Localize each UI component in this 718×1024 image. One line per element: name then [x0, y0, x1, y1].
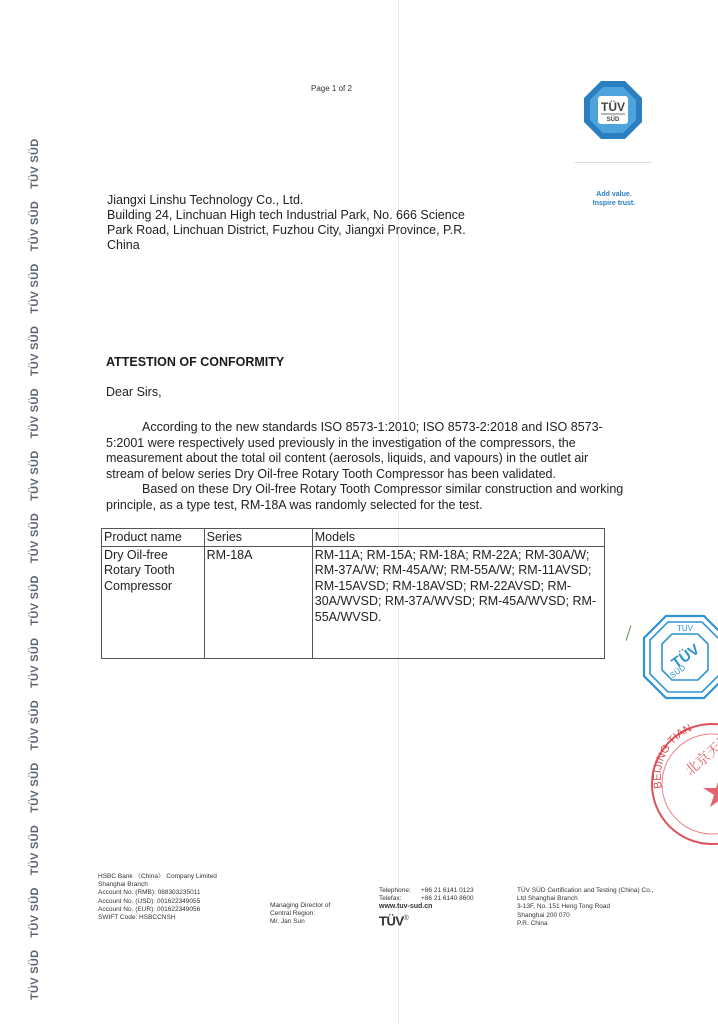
- telephone-label: Telephone:: [379, 887, 421, 895]
- office-line2: Ltd Shanghai Branch: [517, 895, 653, 903]
- strip-label: TÜV SÜD: [29, 450, 41, 500]
- md-region: Central Region:: [270, 910, 330, 918]
- bank-branch: Shanghai Branch: [98, 881, 217, 889]
- strip-label: TÜV SÜD: [29, 326, 41, 376]
- account-usd: Account No. (USD): 001622349055: [98, 898, 217, 906]
- header-product-name: Product name: [102, 529, 205, 547]
- svg-text:SÜD: SÜD: [607, 116, 620, 123]
- pen-mark: [626, 625, 632, 641]
- security-strip-text: TÜV SÜDTÜV SÜDTÜV SÜDTÜV SÜDTÜV SÜDTÜV S…: [28, 0, 42, 1000]
- cell-series: RM-18A: [204, 546, 312, 658]
- tuv-sud-logo-icon: TÜV SÜD: [583, 80, 643, 140]
- footer-managing-director: Managing Director of Central Region: Mr.…: [270, 902, 330, 927]
- strip-label: TÜV SÜD: [29, 825, 41, 875]
- tuv-mark: TÜV: [379, 913, 404, 928]
- logo-divider: [575, 162, 651, 163]
- cell-product-name: Dry Oil-free Rotary Tooth Compressor: [102, 546, 205, 658]
- strip-label: TÜV SÜD: [29, 762, 41, 812]
- telephone-value: +86 21 6141 0123: [421, 887, 474, 895]
- strip-label: TÜV SÜD: [29, 139, 41, 189]
- recipient-company: Jiangxi Linshu Technology Co., Ltd.: [107, 193, 477, 208]
- recipient-address-line1: Building 24, Linchuan High tech Industri…: [107, 208, 477, 223]
- footer-office-address: TÜV SÜD Certification and Testing (China…: [517, 887, 653, 928]
- tuv-trademark: TÜV®: [379, 912, 474, 928]
- table-header-row: Product name Series Models: [102, 529, 605, 547]
- tagline-line1: Add value.: [586, 190, 642, 199]
- strip-label: TÜV SÜD: [29, 950, 41, 1000]
- telefax-row: Telefax: +86 21 6140 8600: [379, 895, 474, 903]
- strip-label: TÜV SÜD: [29, 201, 41, 251]
- letter-body: According to the new standards ISO 8573-…: [106, 420, 626, 513]
- office-line3: 3-13F, No. 151 Heng Tong Road: [517, 903, 653, 911]
- svg-text:TÜV: TÜV: [601, 99, 625, 114]
- strip-label: TÜV SÜD: [29, 388, 41, 438]
- recipient-address: Jiangxi Linshu Technology Co., Ltd. Buil…: [107, 193, 477, 253]
- registered-mark: ®: [404, 915, 409, 922]
- office-line5: P.R. China: [517, 920, 653, 928]
- strip-label: TÜV SÜD: [29, 700, 41, 750]
- footer-contact: Telephone: +86 21 6141 0123 Telefax: +86…: [379, 887, 474, 928]
- svg-text:TUV: TUV: [677, 624, 694, 633]
- tagline: Add value. Inspire trust.: [586, 190, 642, 208]
- telefax-label: Telefax:: [379, 895, 421, 903]
- footer-bank-details: HSBC Bank （China） Company Limited Shangh…: [98, 873, 217, 922]
- swift-code: SWIFT Code: HSBCCNSH: [98, 914, 217, 922]
- header-models: Models: [312, 529, 604, 547]
- strip-label: TÜV SÜD: [29, 638, 41, 688]
- company-seal-icon: BEIJING TIAN 北京天泽: [640, 718, 718, 848]
- strip-label: TÜV SÜD: [29, 263, 41, 313]
- document-title: ATTESTION OF CONFORMITY: [106, 355, 284, 369]
- strip-label: TÜV SÜD: [29, 575, 41, 625]
- account-eur: Account No. (EUR): 001622349056: [98, 906, 217, 914]
- cell-models: RM-11A; RM-15A; RM-18A; RM-22A; RM-30A/W…: [312, 546, 604, 658]
- paragraph-standards: According to the new standards ISO 8573-…: [106, 420, 626, 482]
- recipient-address-line3: China: [107, 238, 477, 253]
- telephone-row: Telephone: +86 21 6141 0123: [379, 887, 474, 895]
- md-name: Mr. Jan Sun: [270, 918, 330, 926]
- table-row: Dry Oil-free Rotary Tooth Compressor RM-…: [102, 546, 605, 658]
- svg-text:北京天泽: 北京天泽: [682, 731, 718, 779]
- svg-text:BEIJING TIAN: BEIJING TIAN: [652, 722, 694, 789]
- office-line4: Shanghai 200 070: [517, 912, 653, 920]
- account-rmb: Account No. (RMB): 088303235011: [98, 889, 217, 897]
- website-link[interactable]: www.tuv-sud.cn: [379, 903, 474, 911]
- strip-label: TÜV SÜD: [29, 513, 41, 563]
- office-line1: TÜV SÜD Certification and Testing (China…: [517, 887, 653, 895]
- security-strip: TÜV SÜDTÜV SÜDTÜV SÜDTÜV SÜDTÜV SÜDTÜV S…: [28, 0, 42, 1024]
- recipient-address-line2: Park Road, Linchuan District, Fuzhou Cit…: [107, 223, 477, 238]
- telefax-value: +86 21 6140 8600: [421, 895, 474, 903]
- page-indicator: Page 1 of 2: [311, 84, 352, 93]
- tuv-stamp-icon: TUV TÜV SÜD: [640, 612, 718, 702]
- tagline-line2: Inspire trust.: [586, 199, 642, 208]
- salutation: Dear Sirs,: [106, 385, 162, 399]
- header-series: Series: [204, 529, 312, 547]
- paragraph-type-test: Based on these Dry Oil-free Rotary Tooth…: [106, 482, 626, 513]
- strip-label: TÜV SÜD: [29, 887, 41, 937]
- md-title: Managing Director of: [270, 902, 330, 910]
- product-table: Product name Series Models Dry Oil-free …: [101, 528, 605, 659]
- bank-name: HSBC Bank （China） Company Limited: [98, 873, 217, 881]
- svg-text:TÜV: TÜV: [669, 641, 703, 672]
